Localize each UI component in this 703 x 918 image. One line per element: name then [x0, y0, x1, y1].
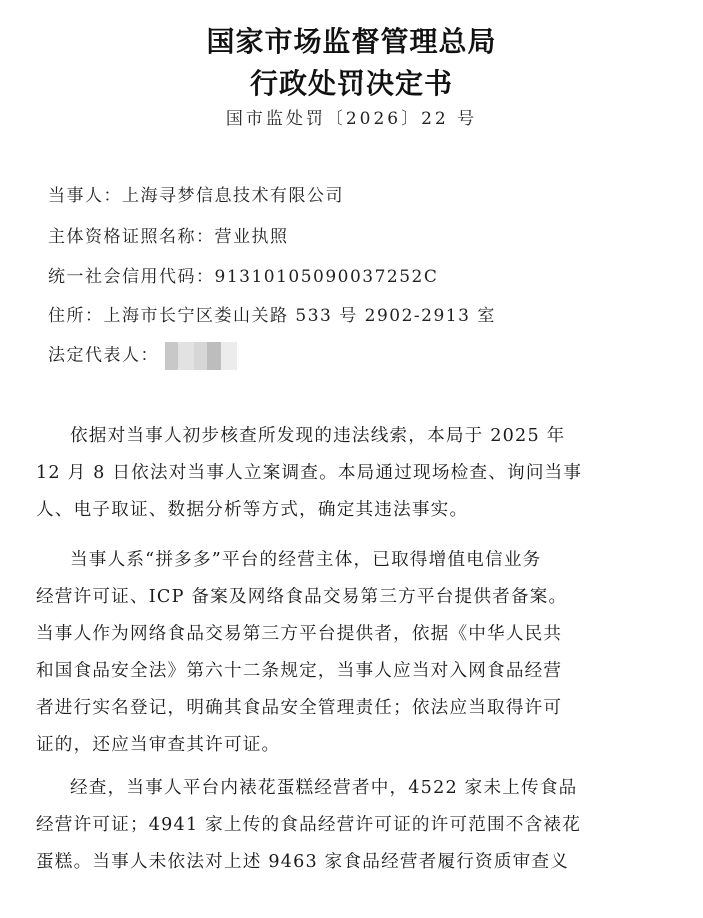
- text-line: 蛋糕。当事人未依法对上述 9463 家食品经营者履行资质审查义: [36, 844, 666, 881]
- address-row: 住所：上海市长宁区娄山关路 533 号 2902-2913 室: [48, 304, 496, 328]
- text-line: 经营许可证、ICP 备案及网络食品交易第三方平台提供者备案。: [36, 579, 666, 616]
- text-line: 当事人作为网络食品交易第三方平台提供者，依据《中华人民共: [36, 616, 666, 653]
- license-type-label: 主体资格证照名称：: [48, 227, 215, 247]
- text-line: 依据对当事人初步核查所发现的违法线索，本局于 2025 年: [36, 418, 666, 455]
- text-line: 经营许可证；4941 家上传的食品经营许可证的许可范围不含裱花: [36, 807, 666, 844]
- text-line: 经查，当事人平台内裱花蛋糕经营者中，4522 家未上传食品: [36, 770, 666, 807]
- text-line: 者进行实名登记，明确其食品安全管理责任；依法应当取得许可: [36, 690, 666, 727]
- document-number: 国市监处罚〔2026〕22 号: [0, 104, 703, 129]
- paragraph-findings: 经查，当事人平台内裱花蛋糕经营者中，4522 家未上传食品 经营许可证；4941…: [36, 770, 666, 881]
- issuing-authority-title: 国家市场监督管理总局: [0, 20, 703, 60]
- credit-code-row: 统一社会信用代码：91310105090037252C: [48, 265, 438, 289]
- paragraph-investigation: 依据对当事人初步核查所发现的违法线索，本局于 2025 年 12 月 8 日依法…: [36, 418, 666, 529]
- text-line: 证的，还应当审查其许可证。: [36, 727, 666, 764]
- text-line: 当事人系“拼多多”平台的经营主体，已取得增值电信业务: [36, 542, 666, 579]
- paragraph-platform-duties: 当事人系“拼多多”平台的经营主体，已取得增值电信业务 经营许可证、ICP 备案及…: [36, 542, 666, 764]
- legal-rep-label: 法定代表人：: [48, 346, 159, 366]
- redacted-name-blur: [165, 342, 237, 370]
- license-type-value: 营业执照: [215, 227, 289, 247]
- text-line: 人、电子取证、数据分析等方式，确定其违法事实。: [36, 492, 666, 529]
- credit-code-label: 统一社会信用代码：: [48, 267, 215, 287]
- license-type-row: 主体资格证照名称：营业执照: [48, 225, 289, 249]
- text-line: 和国食品安全法》第六十二条规定，当事人应当对入网食品经营: [36, 653, 666, 690]
- document-type-title: 行政处罚决定书: [0, 62, 703, 102]
- address-value: 上海市长宁区娄山关路 533 号 2902-2913 室: [104, 306, 496, 326]
- party-name-row: 当事人：上海寻梦信息技术有限公司: [48, 184, 344, 208]
- legal-rep-row: 法定代表人：: [48, 342, 237, 370]
- text-line: 12 月 8 日依法对当事人立案调查。本局通过现场检查、询问当事: [36, 455, 666, 492]
- credit-code-value: 91310105090037252C: [215, 267, 439, 287]
- party-name-value: 上海寻梦信息技术有限公司: [122, 186, 344, 206]
- party-name-label: 当事人：: [48, 186, 122, 206]
- address-label: 住所：: [48, 306, 104, 326]
